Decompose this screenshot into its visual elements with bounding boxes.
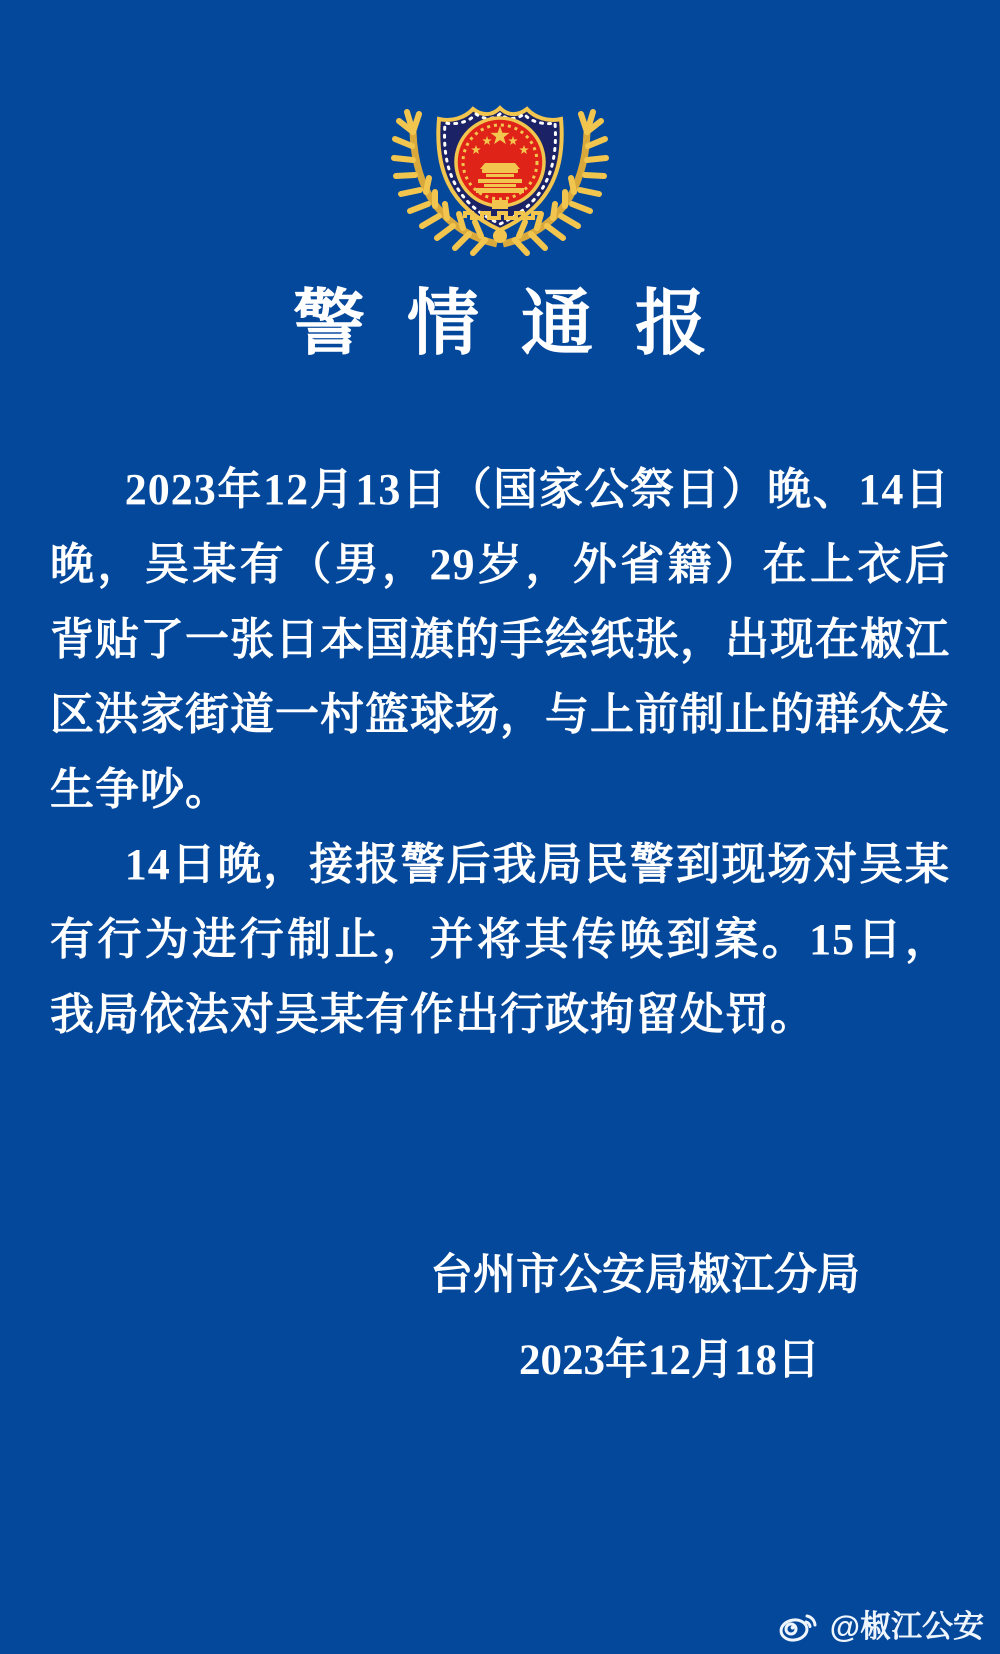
- signature-block: 台州市公安局椒江分局 2023年12月18日: [0, 1248, 1000, 1388]
- notice-title: 警情通报: [0, 284, 1000, 364]
- paragraph-action: 14日晚，接报警后我局民警到现场对吴某有行为进行制止，并将其传唤到案。15日，我…: [50, 827, 950, 1052]
- weibo-icon: [777, 1605, 821, 1643]
- issue-date: 2023年12月18日: [0, 1333, 1000, 1388]
- issuing-authority: 台州市公安局椒江分局: [0, 1248, 1000, 1303]
- watermark-text: @椒江公安: [830, 1601, 984, 1646]
- watermark: @椒江公安: [777, 1601, 984, 1646]
- police-notice-page: 警情通报 2023年12月13日（国家公祭日）晚、14日晚，吴某有（男，29岁，…: [0, 0, 1000, 1654]
- police-emblem-icon: [384, 74, 616, 258]
- notice-body: 2023年12月13日（国家公祭日）晚、14日晚，吴某有（男，29岁，外省籍）在…: [50, 452, 950, 1052]
- paragraph-incident: 2023年12月13日（国家公祭日）晚、14日晚，吴某有（男，29岁，外省籍）在…: [50, 452, 950, 827]
